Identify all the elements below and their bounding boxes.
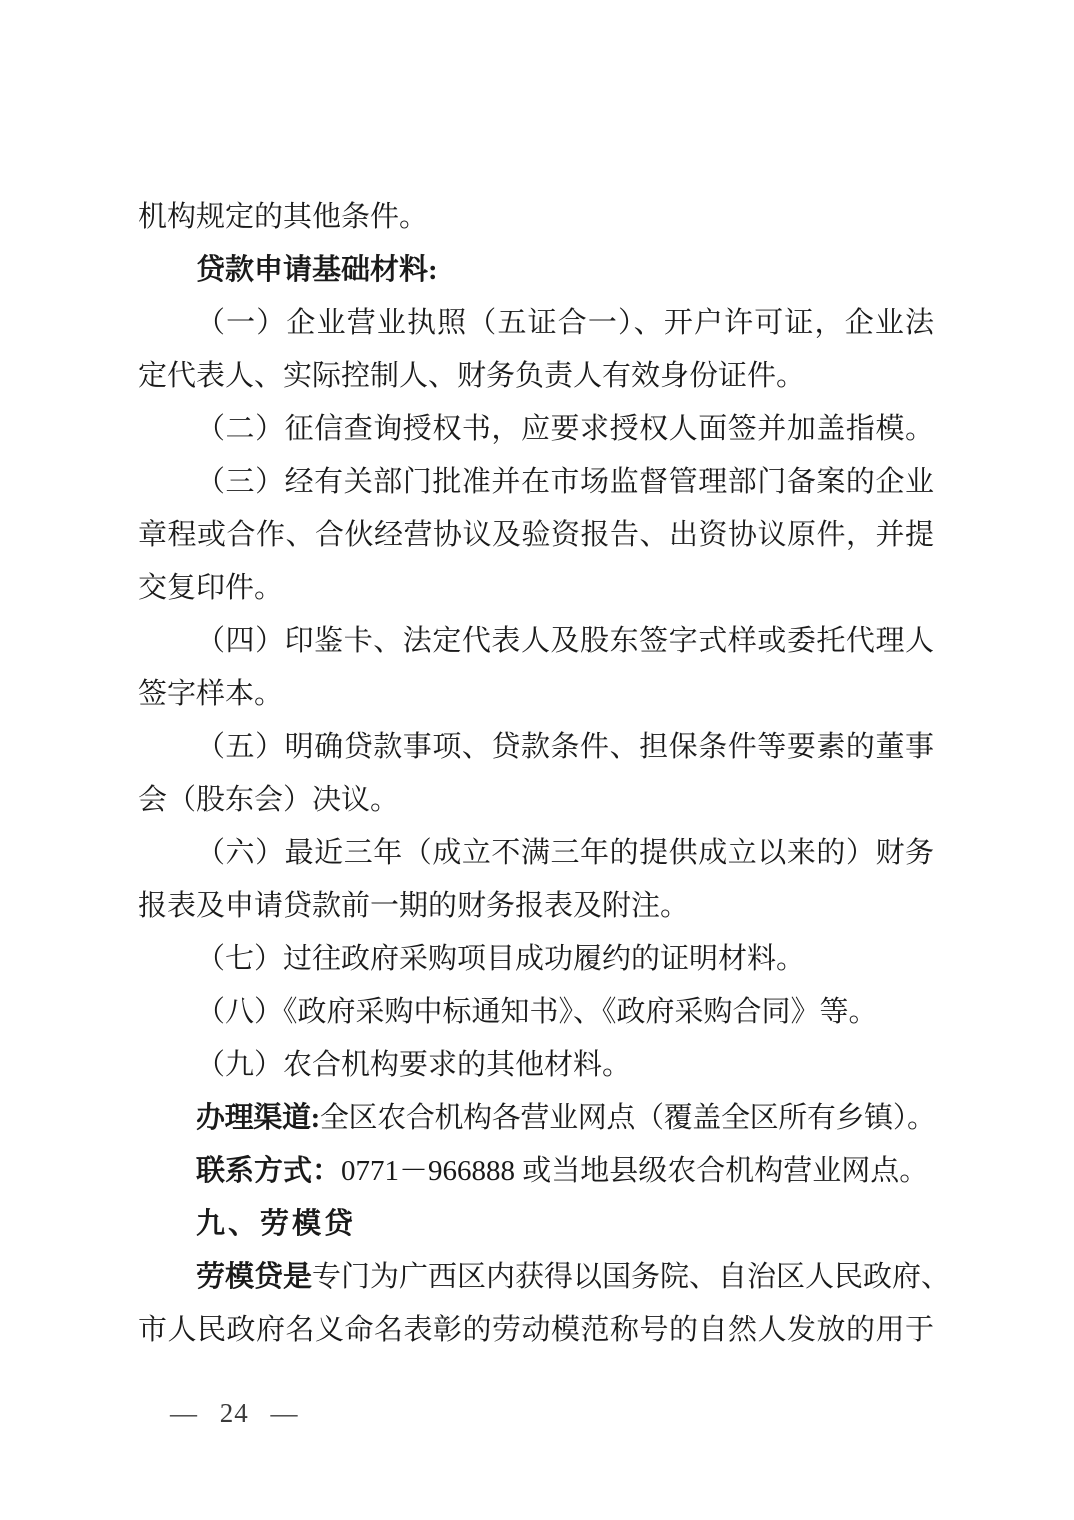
text-segment: 全区农合机构各营业网点（覆盖全区所有乡镇）。 <box>318 1102 934 1134</box>
document-page: 机构规定的其他条件。贷款申请基础材料:（一）企业营业执照（五证合一）、开户许可证… <box>0 0 1074 1520</box>
text-segment: 市人民政府名义命名表彰的劳动模范称号的自然人发放的用于 <box>138 1314 934 1346</box>
document-line: 市人民政府名义命名表彰的劳动模范称号的自然人发放的用于 <box>138 1304 934 1357</box>
document-line: 机构规定的其他条件。 <box>138 191 934 244</box>
document-line: 章程或合作、合伙经营协议及验资报告、出资协议原件，并提 <box>138 509 934 562</box>
document-line: 签字样本。 <box>138 668 934 721</box>
document-line: （六）最近三年（成立不满三年的提供成立以来的）财务 <box>138 827 934 880</box>
text-segment: （四）印鉴卡、法定代表人及股东签字式样或委托代理人 <box>196 625 934 657</box>
text-segment: 会（股东会）决议。 <box>138 784 399 816</box>
text-segment: （五）明确贷款事项、贷款条件、担保条件等要素的董事 <box>196 731 934 763</box>
document-line: （一）企业营业执照（五证合一）、开户许可证，企业法 <box>138 297 934 350</box>
text-segment: 机构规定的其他条件。 <box>138 201 428 233</box>
text-segment: （九）农合机构要求的其他材料。 <box>196 1049 631 1081</box>
text-segment: 劳模贷是 <box>196 1261 312 1293</box>
text-segment: 办理渠道: <box>196 1102 318 1134</box>
text-segment: 专门为广西区内获得以国务院、自治区人民政府、 <box>312 1261 934 1293</box>
text-segment: 九、劳模贷 <box>196 1208 356 1240</box>
text-segment: （八）《政府采购中标通知书》、《政府采购合同》等。 <box>196 996 878 1028</box>
text-segment: 0771－966888 或当地县级农合机构营业网点。 <box>341 1155 928 1187</box>
text-segment: （七）过往政府采购项目成功履约的证明材料。 <box>196 943 805 975</box>
page-number: — 24 — <box>170 1398 299 1429</box>
document-line: （七）过往政府采购项目成功履约的证明材料。 <box>138 933 934 986</box>
document-line: 办理渠道:全区农合机构各营业网点（覆盖全区所有乡镇）。 <box>138 1092 934 1145</box>
document-line: 联系方式：0771－966888 或当地县级农合机构营业网点。 <box>138 1145 934 1198</box>
text-segment: 贷款申请基础材料: <box>196 254 438 286</box>
document-line: 贷款申请基础材料: <box>138 244 934 297</box>
document-line: （二）征信查询授权书，应要求授权人面签并加盖指模。 <box>138 403 934 456</box>
text-segment: （三）经有关部门批准并在市场监督管理部门备案的企业 <box>196 466 934 498</box>
text-segment: （二）征信查询授权书，应要求授权人面签并加盖指模。 <box>196 413 934 445</box>
document-line: 交复印件。 <box>138 562 934 615</box>
document-line: （四）印鉴卡、法定代表人及股东签字式样或委托代理人 <box>138 615 934 668</box>
text-segment: 交复印件。 <box>138 572 283 604</box>
document-line: （九）农合机构要求的其他材料。 <box>138 1039 934 1092</box>
text-segment: 报表及申请贷款前一期的财务报表及附注。 <box>138 890 689 922</box>
text-segment: （一）企业营业执照（五证合一）、开户许可证，企业法 <box>196 307 934 339</box>
text-segment: （六）最近三年（成立不满三年的提供成立以来的）财务 <box>196 837 934 869</box>
document-line: 劳模贷是专门为广西区内获得以国务院、自治区人民政府、 <box>138 1251 934 1304</box>
text-segment: 定代表人、实际控制人、财务负责人有效身份证件。 <box>138 360 805 392</box>
document-line: （五）明确贷款事项、贷款条件、担保条件等要素的董事 <box>138 721 934 774</box>
text-segment: 签字样本。 <box>138 678 283 710</box>
text-segment: 联系方式： <box>196 1155 341 1187</box>
document-line: （八）《政府采购中标通知书》、《政府采购合同》等。 <box>138 986 934 1039</box>
text-segment: 章程或合作、合伙经营协议及验资报告、出资协议原件，并提 <box>138 519 934 551</box>
document-line: 定代表人、实际控制人、财务负责人有效身份证件。 <box>138 350 934 403</box>
document-body: 机构规定的其他条件。贷款申请基础材料:（一）企业营业执照（五证合一）、开户许可证… <box>138 191 934 1357</box>
document-line: 会（股东会）决议。 <box>138 774 934 827</box>
document-line: （三）经有关部门批准并在市场监督管理部门备案的企业 <box>138 456 934 509</box>
document-line: 报表及申请贷款前一期的财务报表及附注。 <box>138 880 934 933</box>
document-line: 九、劳模贷 <box>138 1198 934 1251</box>
